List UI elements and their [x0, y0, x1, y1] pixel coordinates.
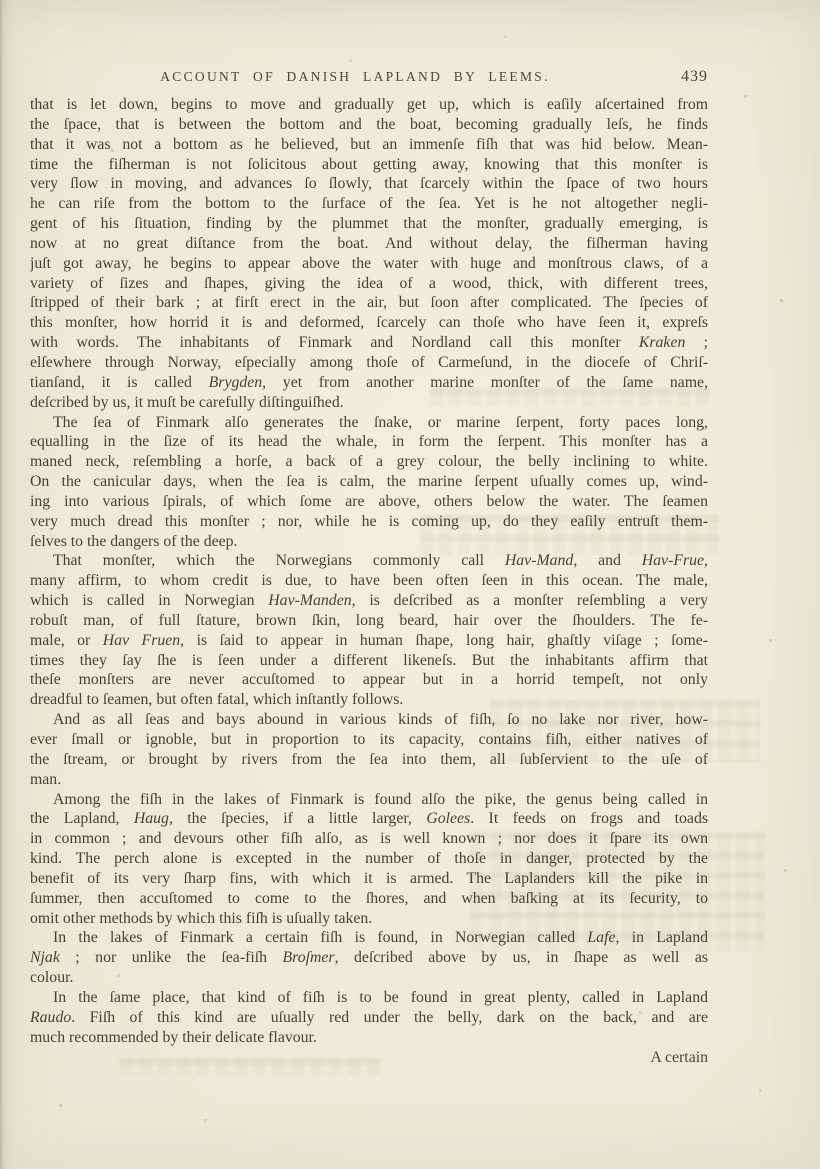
- text-line: very much dread this monſter ; nor, whil…: [30, 512, 708, 532]
- text-line: Njak ; nor unlike the ſea-fiſh Broſmer, …: [30, 948, 708, 968]
- text-line: ſelves to the dangers of the deep.: [30, 532, 708, 552]
- italic-term: Kraken: [639, 334, 686, 351]
- text-segment: , and: [573, 552, 641, 569]
- text-segment: omit other methods by which this fiſh is…: [30, 910, 372, 927]
- text-segment: And as all ſeas and bays abound in vario…: [53, 711, 708, 728]
- text-segment: , in Lapland: [615, 929, 708, 946]
- text-segment: juſt got away, he begins to appear above…: [30, 255, 708, 272]
- text-segment: , yet from another marine monſter of the…: [262, 374, 708, 391]
- text-segment: times they ſay ſhe is ſeen under a diffe…: [30, 652, 708, 669]
- text-segment: gent of his ſituation, finding by the pl…: [30, 215, 708, 232]
- running-title: ACCOUNT OF DANISH LAPLAND BY LEEMS.: [30, 69, 680, 85]
- text-line: In the lakes of Finmark a certain fiſh i…: [30, 928, 708, 948]
- text-segment: variety of ſizes and ſhapes, giving the …: [30, 275, 708, 292]
- text-segment: the Lapland,: [30, 810, 134, 827]
- text-line: dreadful to ſeamen, but often fatal, whi…: [30, 690, 708, 710]
- text-line: time the fiſherman is not ſolicitous abo…: [30, 155, 708, 175]
- text-line: that it was not a bottom as he believed,…: [30, 135, 708, 155]
- text-segment: On the canicular days, when the ſea is c…: [30, 473, 708, 490]
- text-segment: tianſand, it is called: [30, 374, 209, 391]
- text-line: That monſter, which the Norwegians commo…: [30, 551, 708, 571]
- italic-term: Raudo: [30, 1009, 71, 1026]
- text-segment: In the lakes of Finmark a certain fiſh i…: [53, 929, 587, 946]
- text-line: he can riſe from the bottom to the ſurfa…: [30, 194, 708, 214]
- text-segment: time the fiſherman is not ſolicitous abo…: [30, 156, 708, 173]
- text-line: And as all ſeas and bays abound in vario…: [30, 710, 708, 730]
- text-segment: . Fiſh of this kind are uſually red unde…: [71, 1009, 708, 1026]
- text-line: which is called in Norwegian Hav-Manden,…: [30, 591, 708, 611]
- text-line: gent of his ſituation, finding by the pl…: [30, 214, 708, 234]
- paper-specks: [0, 0, 1, 1]
- text-segment: That monſter, which the Norwegians commo…: [53, 552, 505, 569]
- text-segment: The ſea of Finmark alſo generates the ſn…: [53, 414, 708, 431]
- text-line: colour.: [30, 968, 708, 988]
- catchword: A certain: [30, 1049, 708, 1067]
- italic-term: Golees: [426, 810, 470, 827]
- text-segment: deſcribed by us, it muſt be carefully di…: [30, 394, 344, 411]
- text-segment: male, or: [30, 632, 103, 649]
- text-line: tianſand, it is called Brygden, yet from…: [30, 373, 708, 393]
- text-segment: ever ſmall or ignoble, but in proportion…: [30, 731, 708, 748]
- text-line: that is let down, begins to move and gra…: [30, 95, 708, 115]
- text-line: variety of ſizes and ſhapes, giving the …: [30, 274, 708, 294]
- text-line: ſummer, then accuſtomed to come to the ſ…: [30, 889, 708, 909]
- text-segment: ſelves to the dangers of the deep.: [30, 533, 237, 550]
- text-segment: that it was not a bottom as he believed,…: [30, 136, 708, 153]
- body-text: that is let down, begins to move and gra…: [30, 95, 708, 1048]
- italic-term: Lafe: [587, 929, 615, 946]
- text-segment: very ſlow in moving, and advances ſo ſlo…: [30, 175, 708, 192]
- text-line: male, or Hav Fruen, is ſaid to appear in…: [30, 631, 708, 651]
- text-line: Raudo. Fiſh of this kind are uſually red…: [30, 1008, 708, 1028]
- italic-term: Hav Fruen: [103, 632, 180, 649]
- text-segment: the ſpace, that is between the bottom an…: [30, 116, 708, 133]
- text-segment: many affirm, to whom credit is due, to h…: [30, 572, 708, 589]
- text-line: this monſter, how horrid it is and defor…: [30, 313, 708, 333]
- text-segment: now at no great diſtance from the boat. …: [30, 235, 708, 252]
- text-line: ſtripped of their bark ; at firſt erect …: [30, 293, 708, 313]
- text-segment: ,: [704, 552, 708, 569]
- text-segment: dreadful to ſeamen, but often fatal, whi…: [30, 691, 403, 708]
- text-line: equalling in the ſize of its head the wh…: [30, 432, 708, 452]
- italic-term: Haug: [134, 810, 169, 827]
- page-number: 439: [681, 68, 708, 86]
- text-segment: ſummer, then accuſtomed to come to the ſ…: [30, 890, 708, 907]
- text-segment: the ſtream, or brought by rivers from th…: [30, 751, 708, 768]
- text-segment: kind. The perch alone is excepted in the…: [30, 850, 708, 867]
- text-segment: in common ; and devours other fiſh alſo,…: [30, 830, 708, 847]
- text-segment: , is ſaid to appear in human ſhape, long…: [180, 632, 708, 649]
- text-line: the ſpace, that is between the bottom an…: [30, 115, 708, 135]
- book-page: ACCOUNT OF DANISH LAPLAND BY LEEMS. 439 …: [0, 0, 820, 1169]
- italic-term: Hav-Manden: [268, 592, 351, 609]
- text-segment: equalling in the ſize of its head the wh…: [30, 433, 708, 450]
- text-line: kind. The perch alone is excepted in the…: [30, 849, 708, 869]
- text-segment: this monſter, how horrid it is and defor…: [30, 314, 708, 331]
- text-segment: which is called in Norwegian: [30, 592, 268, 609]
- text-segment: maned neck, reſembling a horſe, a back o…: [30, 453, 708, 470]
- text-segment: , the ſpecies, if a little larger,: [169, 810, 426, 827]
- text-line: omit other methods by which this fiſh is…: [30, 909, 708, 929]
- text-segment: , is deſcribed as a monſter reſembling a…: [352, 592, 708, 609]
- text-segment: colour.: [30, 969, 73, 986]
- text-segment: . It feeds on frogs and toads: [470, 810, 708, 827]
- italic-term: Broſmer: [282, 949, 334, 966]
- text-line: many affirm, to whom credit is due, to h…: [30, 571, 708, 591]
- text-line: times they ſay ſhe is ſeen under a diffe…: [30, 651, 708, 671]
- text-line: theſe monſters are never accuſtomed to a…: [30, 670, 708, 690]
- text-line: maned neck, reſembling a horſe, a back o…: [30, 452, 708, 472]
- text-segment: elſewhere through Norway, eſpecially amo…: [30, 354, 708, 371]
- text-segment: theſe monſters are never accuſtomed to a…: [30, 671, 708, 688]
- text-segment: robuſt man, of full ſtature, brown ſkin,…: [30, 612, 708, 629]
- italic-term: Hav-Mand: [505, 552, 573, 569]
- text-line: now at no great diſtance from the boat. …: [30, 234, 708, 254]
- text-segment: , deſcribed above by us, in ſhape as wel…: [335, 949, 708, 966]
- text-line: deſcribed by us, it muſt be carefully di…: [30, 393, 708, 413]
- text-line: in common ; and devours other fiſh alſo,…: [30, 829, 708, 849]
- text-segment: man.: [30, 771, 61, 788]
- text-line: juſt got away, he begins to appear above…: [30, 254, 708, 274]
- text-line: the Lapland, Haug, the ſpecies, if a lit…: [30, 809, 708, 829]
- text-segment: ſtripped of their bark ; at firſt erect …: [30, 294, 708, 311]
- text-segment: that is let down, begins to move and gra…: [30, 96, 708, 113]
- text-line: Among the fiſh in the lakes of Finmark i…: [30, 790, 708, 810]
- text-line: robuſt man, of full ſtature, brown ſkin,…: [30, 611, 708, 631]
- text-segment: ; nor unlike the ſea-fiſh: [60, 949, 283, 966]
- text-line: elſewhere through Norway, eſpecially amo…: [30, 353, 708, 373]
- text-segment: In the ſame place, that kind of fiſh is …: [53, 989, 708, 1006]
- text-line: much recommended by their delicate flavo…: [30, 1028, 708, 1048]
- italic-term: Brygden: [209, 374, 263, 391]
- text-line: ing into various ſpirals, of which ſome …: [30, 492, 708, 512]
- italic-term: Njak: [30, 949, 60, 966]
- text-line: ever ſmall or ignoble, but in proportion…: [30, 730, 708, 750]
- text-segment: ;: [685, 334, 708, 351]
- text-segment: ing into various ſpirals, of which ſome …: [30, 493, 708, 510]
- text-line: very ſlow in moving, and advances ſo ſlo…: [30, 174, 708, 194]
- text-segment: with words. The inhabitants of Finmark a…: [30, 334, 639, 351]
- text-line: benefit of its very ſharp fins, with whi…: [30, 869, 708, 889]
- text-line: On the canicular days, when the ſea is c…: [30, 472, 708, 492]
- text-segment: benefit of its very ſharp fins, with whi…: [30, 870, 708, 887]
- text-segment: very much dread this monſter ; nor, whil…: [30, 513, 708, 530]
- text-segment: Among the fiſh in the lakes of Finmark i…: [53, 791, 708, 808]
- text-line: In the ſame place, that kind of fiſh is …: [30, 988, 708, 1008]
- text-segment: much recommended by their delicate flavo…: [30, 1029, 317, 1046]
- text-line: the ſtream, or brought by rivers from th…: [30, 750, 708, 770]
- text-line: with words. The inhabitants of Finmark a…: [30, 333, 708, 353]
- italic-term: Hav-Frue: [642, 552, 704, 569]
- text-line: man.: [30, 770, 708, 790]
- text-line: The ſea of Finmark alſo generates the ſn…: [30, 413, 708, 433]
- text-segment: he can riſe from the bottom to the ſurfa…: [30, 195, 708, 212]
- running-head: ACCOUNT OF DANISH LAPLAND BY LEEMS. 439: [30, 69, 708, 85]
